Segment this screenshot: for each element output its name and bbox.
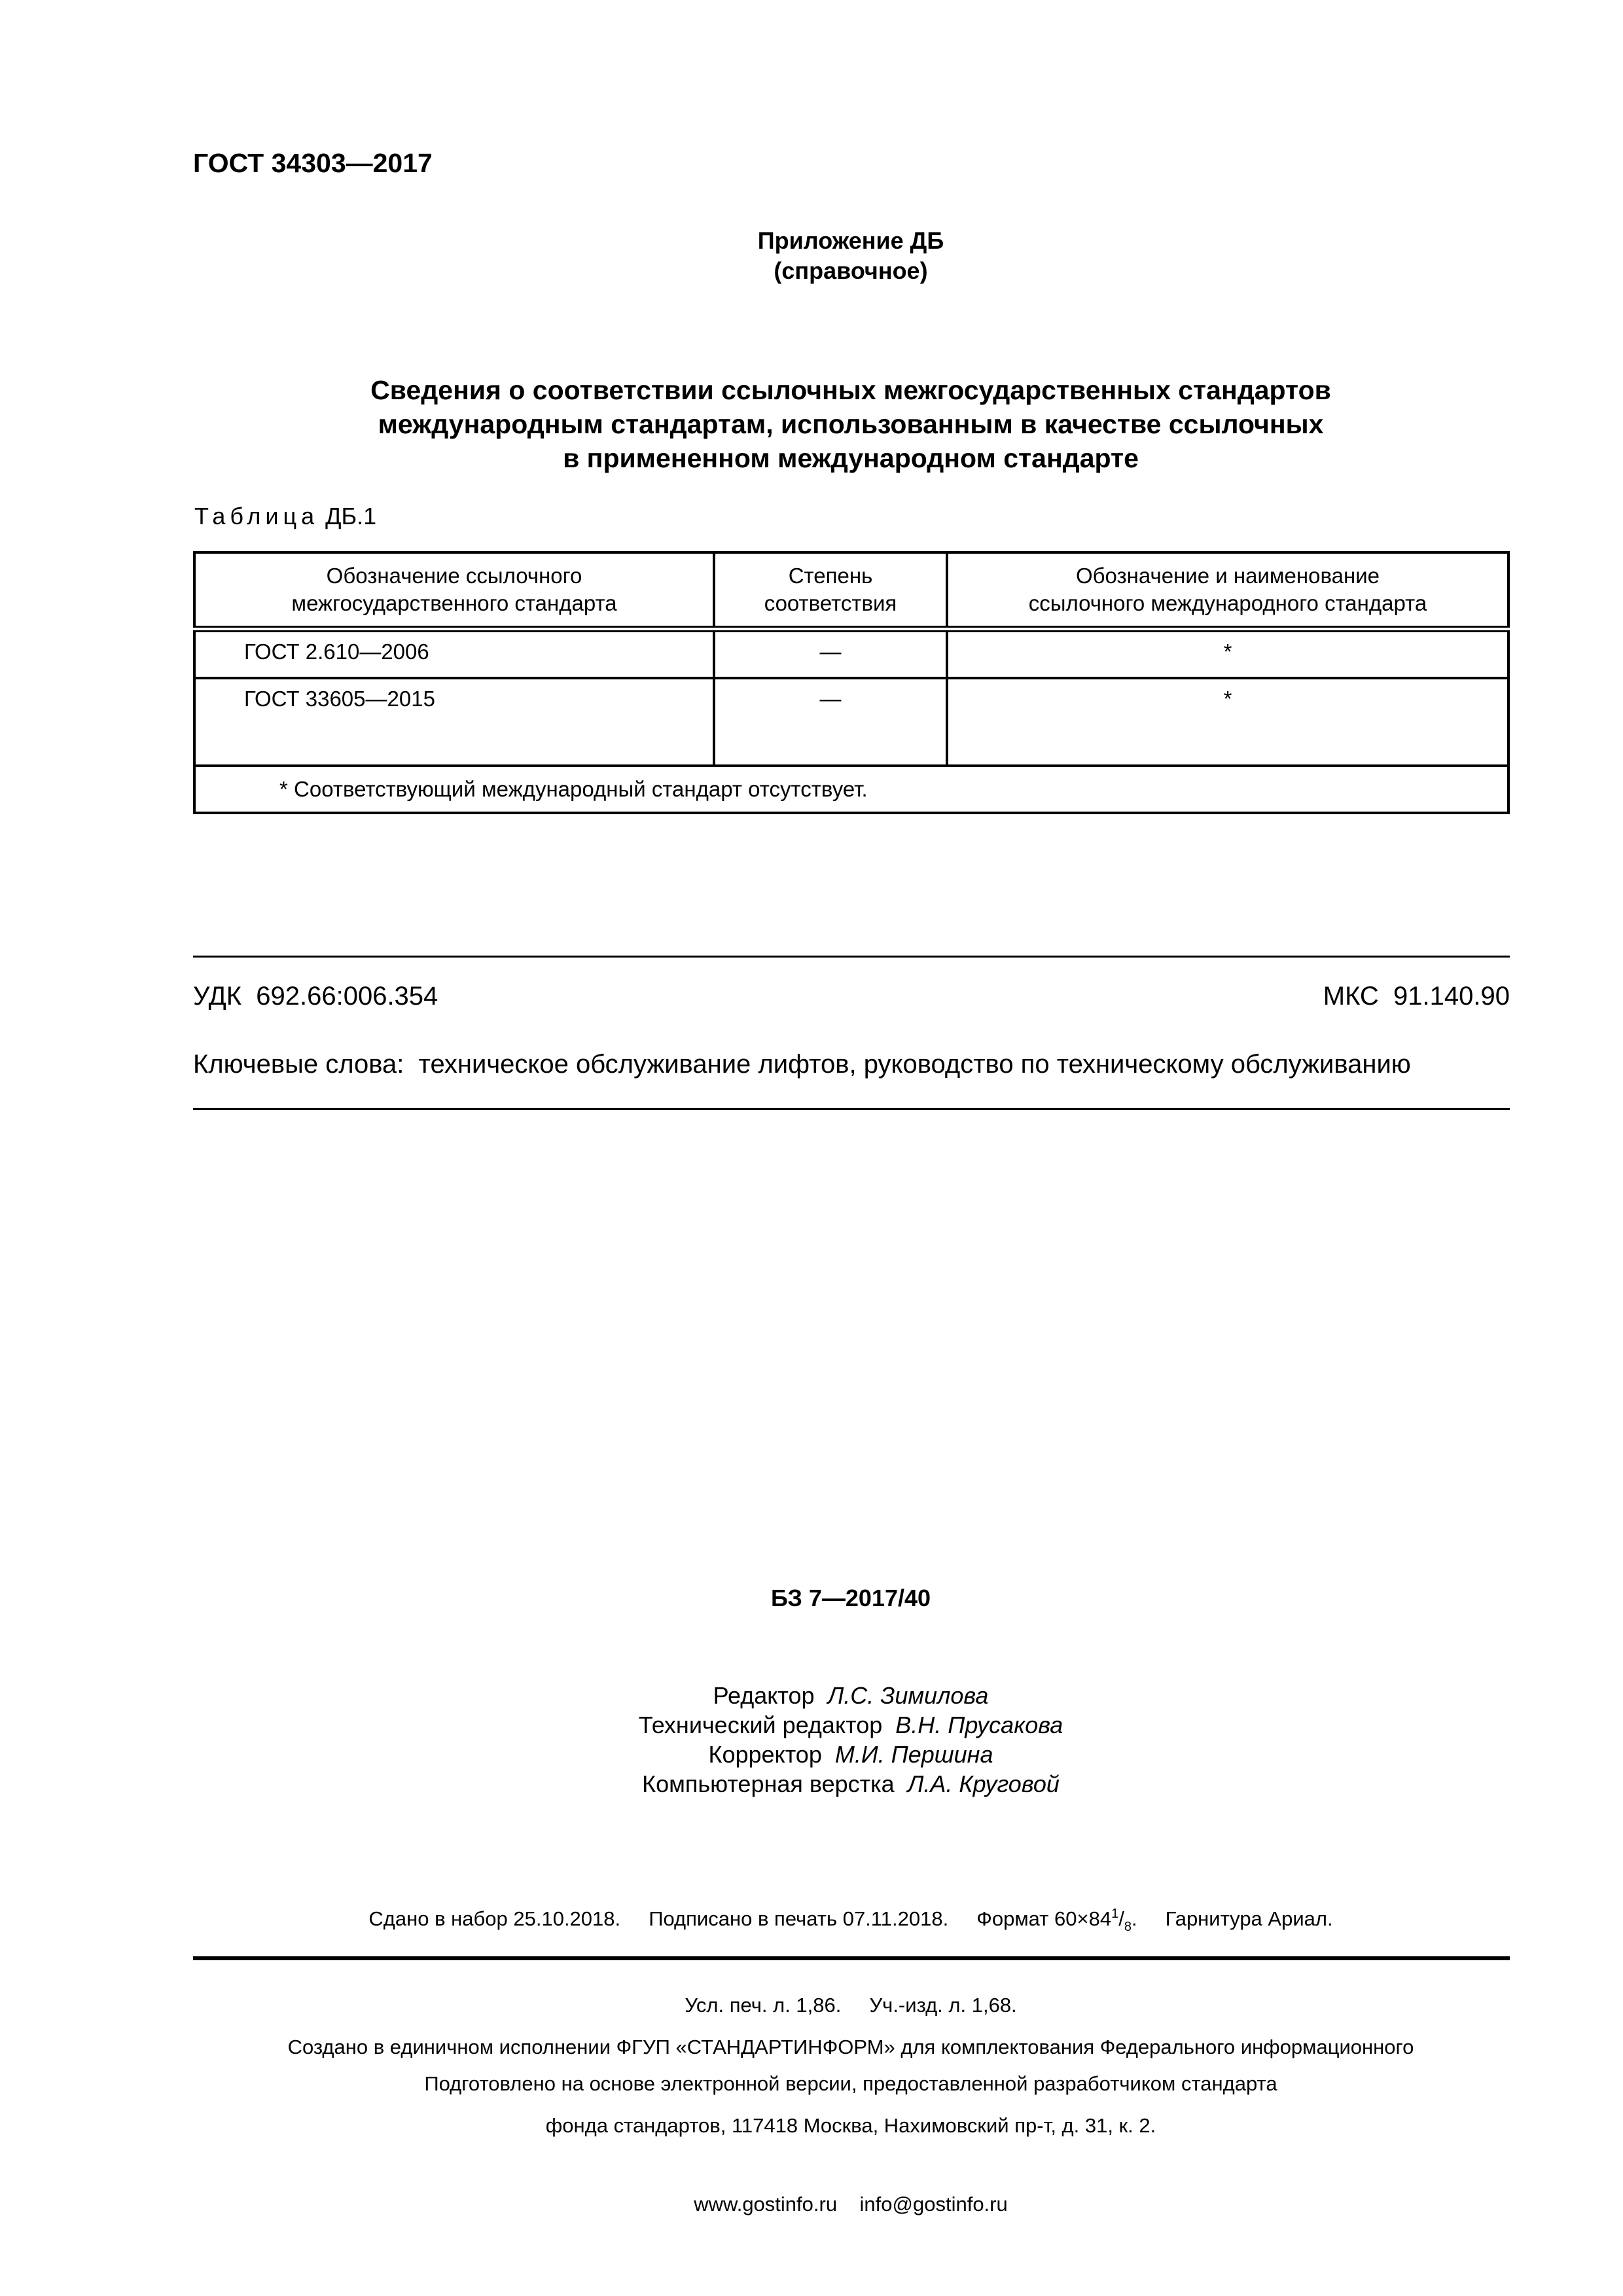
- appendix-heading: Приложение ДБ (справочное): [0, 226, 1623, 286]
- website-link[interactable]: www.gostinfo.ru: [694, 2193, 837, 2215]
- table-row: ГОСТ 2.610—2006 — *: [194, 629, 1508, 678]
- section-title-line: Сведения о соответствии ссылочных межгос…: [193, 373, 1508, 407]
- staff-line: Технический редактор В.Н. Прусакова: [0, 1710, 1623, 1740]
- keywords-label: Ключевые слова:: [193, 1050, 404, 1079]
- table-caption-word: Таблица: [194, 503, 319, 529]
- publisher-info: Создано в единичном исполнении ФГУП «СТА…: [0, 1982, 1623, 2244]
- divider-top: [193, 956, 1510, 958]
- appendix-subtitle: (справочное): [0, 256, 1623, 286]
- editorial-staff: Редактор Л.С. Зимилова Технический редак…: [0, 1681, 1623, 1799]
- keywords-value: техническое обслуживание лифтов, руковод…: [419, 1050, 1411, 1079]
- imprint-line-1: Сдано в набор 25.10.2018. Подписано в пе…: [0, 1901, 1623, 1940]
- divider-bottom: [193, 1108, 1510, 1110]
- email-link[interactable]: info@gostinfo.ru: [860, 2193, 1008, 2215]
- mks-code: МКС 91.140.90: [1323, 982, 1510, 1011]
- cell-degree: —: [714, 629, 947, 678]
- contacts: www.gostinfo.ru info@gostinfo.ru: [0, 2191, 1623, 2217]
- reference-standards-table: Обозначение ссылочного межгосударственно…: [193, 551, 1510, 814]
- udk-code: УДК 692.66:006.354: [193, 982, 438, 1011]
- section-title-line: в примененном международном стандарте: [193, 441, 1508, 475]
- divider-thick: [193, 1956, 1510, 1960]
- bz-number: БЗ 7—2017/40: [0, 1585, 1623, 1612]
- cell-international: *: [947, 629, 1508, 678]
- table-caption-id: ДБ.1: [325, 503, 376, 529]
- cell-degree: —: [714, 678, 947, 766]
- cell-international: *: [947, 678, 1508, 766]
- table-footnote: * Соответствующий международный стандарт…: [194, 766, 1508, 813]
- column-header-interstate-standard: Обозначение ссылочного межгосударственно…: [194, 552, 714, 629]
- table-row: ГОСТ 33605—2015 — *: [194, 678, 1508, 766]
- keywords: Ключевые слова: техническое обслуживание…: [193, 1050, 1411, 1079]
- appendix-title: Приложение ДБ: [0, 226, 1623, 256]
- column-header-international-standard: Обозначение и наименование ссылочного ме…: [947, 552, 1508, 629]
- section-title-line: международным стандартам, использованным…: [193, 407, 1508, 441]
- section-title: Сведения о соответствии ссылочных межгос…: [193, 373, 1508, 475]
- column-header-degree: Степень соответствия: [714, 552, 947, 629]
- staff-line: Компьютерная верстка Л.А. Круговой: [0, 1769, 1623, 1799]
- table-footnote-row: * Соответствующий международный стандарт…: [194, 766, 1508, 813]
- table-caption: Таблица ДБ.1: [194, 503, 376, 530]
- staff-line: Редактор Л.С. Зимилова: [0, 1681, 1623, 1710]
- cell-standard: ГОСТ 2.610—2006: [194, 629, 714, 678]
- staff-line: Корректор М.И. Першина: [0, 1740, 1623, 1769]
- document-code: ГОСТ 34303—2017: [193, 148, 433, 179]
- table-header-row: Обозначение ссылочного межгосударственно…: [194, 552, 1508, 629]
- cell-standard: ГОСТ 33605—2015: [194, 678, 714, 766]
